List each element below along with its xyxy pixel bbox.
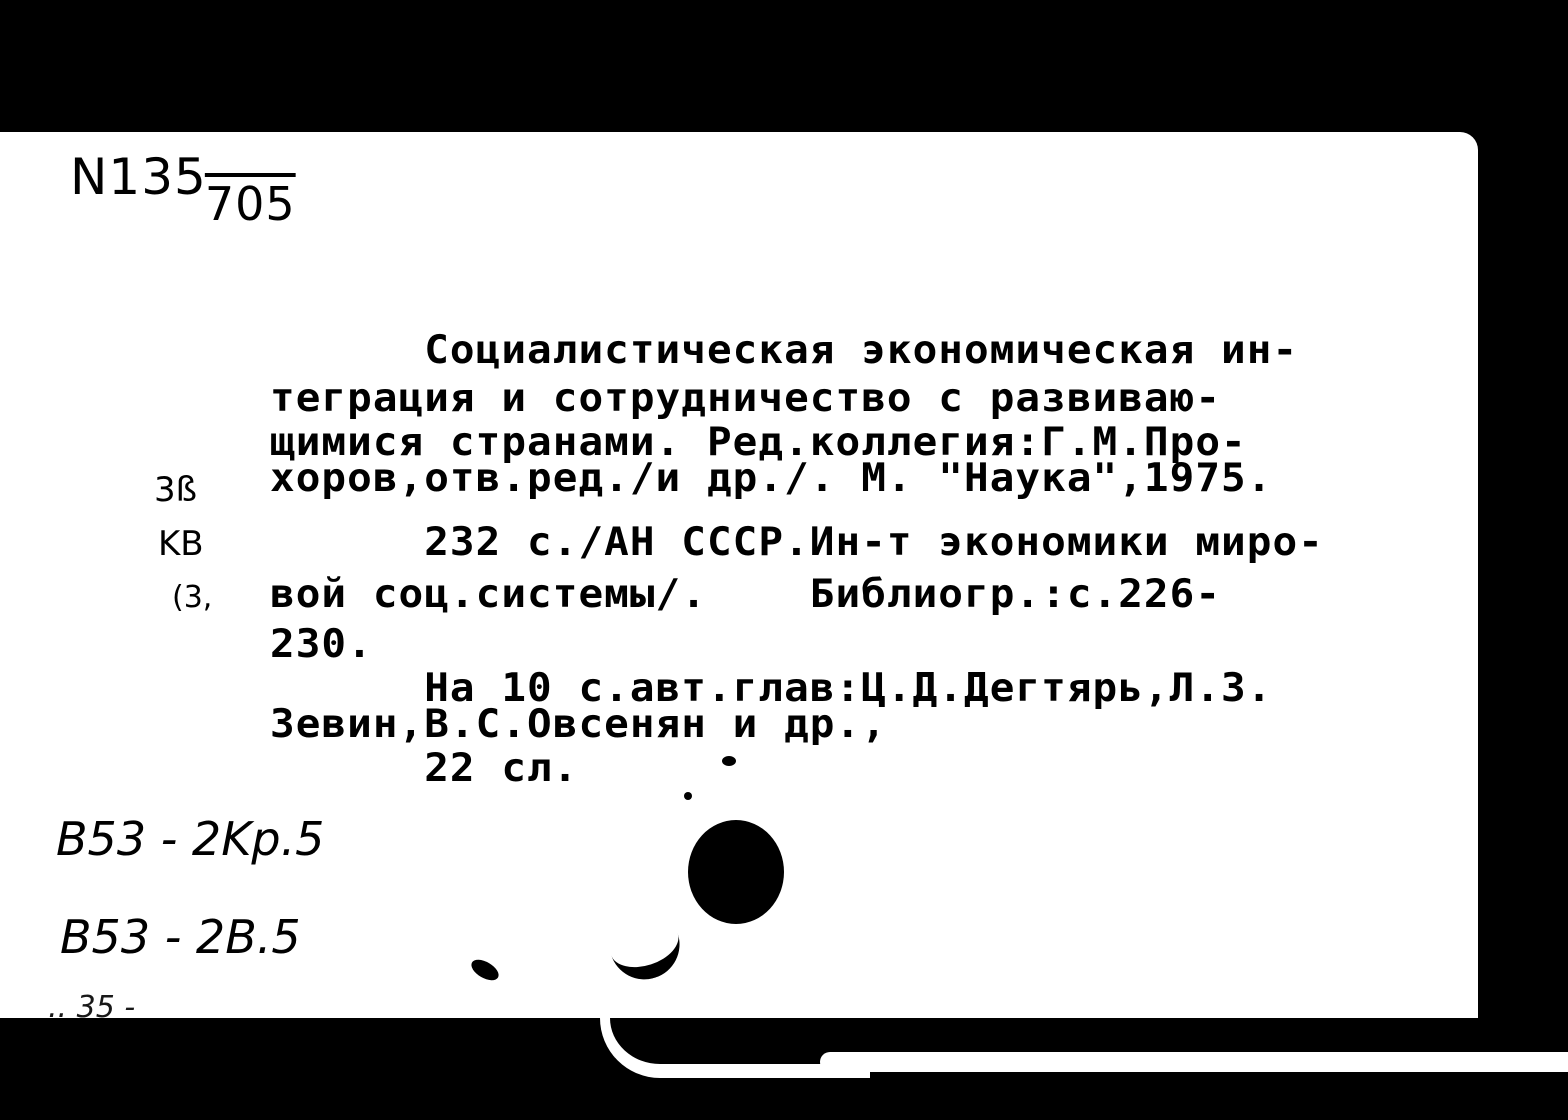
scan-artifact (820, 1052, 1568, 1072)
typed-line: 22 сл. (270, 746, 578, 791)
typed-line: Зевин,В.С.Овсенян и др., (270, 702, 887, 747)
accession-number-suffix: 705 (205, 177, 296, 231)
ink-mark (684, 792, 692, 800)
margin-code: (3, (172, 580, 212, 615)
typed-line: вой соц.системы/. Библиогр.:с.226- (270, 572, 1221, 617)
accession-number-main: N135 (70, 148, 207, 206)
shelf-mark: B53 - 2B.5 (60, 910, 301, 964)
margin-code: KB (158, 524, 204, 564)
shelf-mark: .. 35 - (48, 990, 135, 1025)
typed-line: Социалистическая экономическая ин- (270, 328, 1298, 373)
ink-mark (722, 756, 736, 766)
shelf-mark: B53 - 2Kp.5 (56, 812, 324, 866)
margin-code: 3ß (154, 470, 197, 510)
punch-hole (688, 820, 784, 924)
typed-line: хоров,отв.ред./и др./. М. "Наука",1975. (270, 456, 1272, 501)
accession-number: N135705 (70, 148, 298, 206)
typed-line: 230. (270, 622, 373, 667)
typed-line: теграция и сотрудничество с развиваю- (270, 376, 1221, 421)
typed-line: 232 с./АН СССР.Ин-т экономики миро- (270, 520, 1324, 565)
